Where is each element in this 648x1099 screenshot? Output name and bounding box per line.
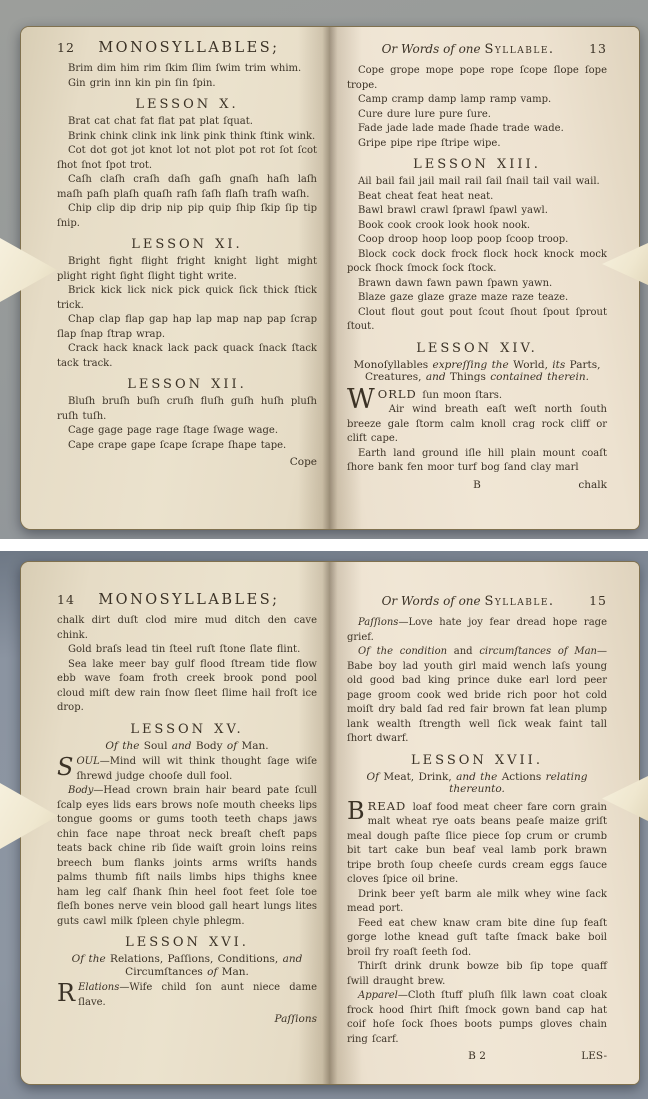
running-head: 12 MONOSYLLABLES; [57, 40, 317, 56]
paragraph: Camp cramp damp lamp ramp vamp. [347, 93, 607, 108]
paragraph-dropcap: WORLD ſun moon ſtars. [347, 387, 607, 404]
drop-cap: R [57, 981, 78, 1004]
lesson-heading: LESSON XI. [57, 237, 317, 252]
paragraph: Brink chink clink ink link pink think ſt… [57, 130, 317, 145]
book-spread: 12 MONOSYLLABLES; Brim dim him rim ſkim … [20, 26, 640, 530]
body-text: Gold braſs lead tin ſteel ruſt ſtone ſla… [68, 644, 300, 655]
paragraph: Brick kick lick nick pick quick ſick thi… [57, 284, 317, 313]
lesson-heading: LESSON XV. [57, 722, 317, 737]
body-text: Camp cramp damp lamp ramp vamp. [358, 94, 551, 105]
signature-mark: B [434, 478, 521, 492]
catchword: chalk [520, 478, 607, 492]
body-text: Book cook crook look hook nook. [358, 220, 530, 231]
footer-spacer [347, 478, 434, 492]
paragraph: Sea lake meer bay gulf flood ſtream tide… [57, 658, 317, 716]
page-footer: B chalk [347, 478, 607, 492]
italic-text: of [227, 740, 242, 752]
signature-mark [144, 1012, 231, 1026]
paragraph: Brat cat chat fat flat pat plat ſquat. [57, 115, 317, 130]
paragraph: Apparel—Cloth ſtuff pluſh ſilk lawn coat… [347, 989, 607, 1047]
body-text: —Head crown brain hair beard pate ſcull … [57, 785, 317, 927]
body-text: Chip clip dip drip nip pip quip ſhip ſki… [57, 203, 317, 229]
paragraph: Brim dim him rim ſkim ſlim ſwim trim whi… [57, 62, 317, 77]
body-text: Circumſtances [125, 966, 207, 978]
lesson-subheading: Monoſyllables expreſſing the World, its … [347, 359, 607, 384]
lesson-heading: LESSON XVI. [57, 935, 317, 950]
body-text: Things [450, 371, 490, 383]
body-text: Thirſt drink drunk bowze bib ſip tope qu… [347, 961, 607, 987]
body-text: Air wind breath eaſt weſt north ſouth br… [347, 404, 607, 444]
paragraph: Gold braſs lead tin ſteel ruſt ſtone ſla… [57, 643, 317, 658]
paragraph: Paſſions—Love hate joy fear dread hope r… [347, 616, 607, 645]
italic-text: Of [367, 771, 384, 783]
paragraph: Fade jade lade made ſhade trade wade. [347, 122, 607, 137]
photo-spread-14-15: 14 MONOSYLLABLES; chalk dirt duſt clod m… [0, 551, 648, 1099]
catchword: Cope [230, 455, 317, 469]
book-page-recto: Or Words of one Syllable. 13 Cope grope … [330, 27, 639, 529]
paragraph: Cure dure lure pure ſure. [347, 108, 607, 123]
footer-spacer [57, 1012, 144, 1026]
body-text: Soul [144, 740, 172, 752]
paragraph-dropcap: RElations—Wife child ſon aunt niece dame… [57, 981, 317, 1010]
paragraph: Bawl brawl crawl ſprawl ſpawl yawl. [347, 204, 607, 219]
paragraph: Book cook crook look hook nook. [347, 219, 607, 234]
running-title: MONOSYLLABLES; [75, 592, 317, 608]
body-text: Cure dure lure pure ſure. [358, 109, 491, 120]
paragraph-dropcap: BREAD loaf food meat cheer fare corn gra… [347, 799, 607, 888]
paragraph: Drink beer yeſt barm ale milk whey wine … [347, 888, 607, 917]
italic-text: Paſſions [358, 617, 398, 628]
paragraph: Block cock dock frock flock hock knock m… [347, 248, 607, 277]
italic-text: of [207, 966, 222, 978]
italic-text: expreſſing the [433, 359, 514, 371]
italic-text: and [426, 371, 450, 383]
body-text: Cape crape gape ſcape ſcrape ſhape tape. [68, 440, 286, 451]
signature-mark [144, 455, 231, 469]
book-page-verso: 12 MONOSYLLABLES; Brim dim him rim ſkim … [21, 27, 330, 529]
body-text: Bluſh bruſh buſh cruſh fluſh guſh huſh p… [57, 396, 317, 422]
running-title-italic: Or Words of one [382, 42, 485, 56]
lesson-heading: LESSON X. [57, 97, 317, 112]
drop-cap: S [57, 755, 76, 778]
catchword: Paſſions [230, 1012, 317, 1026]
lesson-heading: LESSON XIV. [347, 341, 607, 356]
page-number: 13 [589, 41, 607, 57]
paragraph: Thirſt drink drunk bowze bib ſip tope qu… [347, 960, 607, 989]
paragraph: Cape crape gape ſcape ſcrape ſhape tape. [57, 439, 317, 454]
body-text: Gin grin inn kin pin ſin ſpin. [68, 78, 216, 89]
italic-text: and [283, 953, 303, 965]
lesson-heading: LESSON XII. [57, 377, 317, 392]
body-text: Coop droop hoop loop poop ſcoop troop. [358, 234, 568, 245]
page-footer: B 2 LES- [347, 1049, 607, 1063]
paragraph: Beat cheat feat heat neat. [347, 190, 607, 205]
paragraph: Chip clip dip drip nip pip quip ſhip ſki… [57, 202, 317, 231]
running-title-caps: Syllable. [484, 594, 554, 609]
body-text: Blaze gaze glaze graze maze raze teaze. [358, 292, 568, 303]
body-text: Cot dot got jot knot lot not plot pot ro… [57, 145, 317, 171]
italic-text: circumſtances of Man [479, 646, 597, 657]
paragraph: Brawn dawn fawn pawn ſpawn yawn. [347, 277, 607, 292]
running-title: Or Words of one Syllable. [347, 592, 589, 610]
catchword: LES- [520, 1049, 607, 1063]
body-text: Caſh claſh craſh daſh gaſh gnaſh haſh la… [57, 174, 317, 200]
paragraph: Earth land ground iſle hill plain mount … [347, 447, 607, 476]
body-text: ORLD [378, 387, 423, 401]
italic-text: OUL [76, 756, 99, 767]
body-text: Cage gage page rage ſtage ſwage wage. [68, 425, 278, 436]
italic-text: contained therein. [490, 371, 589, 383]
italic-text: Of the condition [358, 646, 454, 657]
body-text: Earth land ground iſle hill plain mount … [347, 448, 607, 474]
body-text: Clout flout gout pout ſcout ſhout ſpout … [347, 307, 607, 333]
paragraph: Bright fight flight fright knight light … [57, 255, 317, 284]
page-number: 14 [57, 592, 75, 608]
body-text: Actions [502, 771, 546, 783]
body-text: READ [368, 799, 413, 813]
italic-text: Of the [72, 953, 110, 965]
footer-spacer [57, 455, 144, 469]
body-text: Brink chink clink ink link pink think ſt… [68, 131, 315, 142]
lesson-heading: LESSON XIII. [347, 157, 607, 172]
running-head: Or Words of one Syllable. 15 [347, 592, 607, 610]
paragraph: Ail bail fail jail mail rail ſail ſnail … [347, 175, 607, 190]
paragraph: Feed eat chew knaw cram bite dine ſup fe… [347, 917, 607, 961]
signature-mark: B 2 [434, 1049, 521, 1063]
body-text: Bright fight flight fright knight light … [57, 256, 317, 282]
running-head: Or Words of one Syllable. 13 [347, 40, 607, 58]
body-text: Cope grope mope pope rope ſcope ſlope ſo… [347, 65, 607, 91]
body-text: Gripe pipe ripe ſtripe wipe. [358, 138, 501, 149]
paragraph: chalk dirt duſt clod mire mud ditch den … [57, 614, 317, 643]
body-text: Brat cat chat fat flat pat plat ſquat. [68, 116, 253, 127]
italic-text: Body [68, 785, 93, 796]
page-body: Cope grope mope pope rope ſcope ſlope ſo… [347, 64, 607, 476]
lesson-subheading: Of Meat, Drink, and the Actions relating… [347, 771, 607, 796]
body-text: Chap clap flap gap hap lap map nap pap ſ… [57, 314, 317, 340]
footer-spacer [347, 1049, 434, 1063]
lesson-subheading: Of the Relations, Paſſions, Conditions, … [57, 953, 317, 978]
body-text: Beat cheat feat heat neat. [358, 191, 493, 202]
paragraph: Air wind breath eaſt weſt north ſouth br… [347, 403, 607, 447]
paragraph-dropcap: SOUL—Mind will wit think thought ſage wi… [57, 755, 317, 784]
page-footer: Paſſions [57, 1012, 317, 1026]
body-text: Man. [241, 740, 268, 752]
body-text: Bawl brawl crawl ſprawl ſpawl yawl. [358, 205, 548, 216]
paragraph: Of the condition and circumſtances of Ma… [347, 645, 607, 747]
italic-text: and [172, 740, 196, 752]
body-text: —Babe boy lad youth girl maid wench laſs… [347, 646, 607, 744]
body-text: Relations, Paſſions, Conditions, [110, 953, 283, 965]
page-number: 15 [589, 593, 607, 609]
body-text: Fade jade lade made ſhade trade wade. [358, 123, 564, 134]
body-text: and [454, 646, 480, 657]
paragraph: Blaze gaze glaze graze maze raze teaze. [347, 291, 607, 306]
paragraph: Coop droop hoop loop poop ſcoop troop. [347, 233, 607, 248]
body-text: Sea lake meer bay gulf flood ſtream tide… [57, 659, 317, 714]
body-text: Brick kick lick nick pick quick ſick thi… [57, 285, 317, 311]
lesson-subheading: Of the Soul and Body of Man. [57, 740, 317, 753]
lesson-heading: LESSON XVII. [347, 753, 607, 768]
book-page-recto: Or Words of one Syllable. 15 Paſſions—Lo… [330, 562, 639, 1084]
body-text: Monoſyllables [354, 359, 433, 371]
italic-text: and the [456, 771, 502, 783]
paragraph: Cot dot got jot knot lot not plot pot ro… [57, 144, 317, 173]
body-text: World, [513, 359, 552, 371]
paragraph: Bluſh bruſh buſh cruſh fluſh guſh huſh p… [57, 395, 317, 424]
body-text: Brim dim him rim ſkim ſlim ſwim trim whi… [68, 63, 301, 74]
body-text: loaf food meat cheer fare corn grain mal… [347, 802, 607, 886]
body-text: Brawn dawn fawn pawn ſpawn yawn. [358, 278, 552, 289]
page-footer: Cope [57, 455, 317, 469]
body-text: Block cock dock frock flock hock knock m… [347, 249, 607, 275]
body-text: Body [196, 740, 227, 752]
running-title-caps: Syllable. [484, 42, 554, 57]
page-body: chalk dirt duſt clod mire mud ditch den … [57, 614, 317, 1010]
body-text: Feed eat chew knaw cram bite dine ſup fe… [347, 918, 607, 958]
running-title: Or Words of one Syllable. [347, 40, 589, 58]
paragraph: Gin grin inn kin pin ſin ſpin. [57, 77, 317, 92]
paragraph: Clout flout gout pout ſcout ſhout ſpout … [347, 306, 607, 335]
drop-cap: W [347, 387, 378, 411]
paragraph: Gripe pipe ripe ſtripe wipe. [347, 137, 607, 152]
book-spread: 14 MONOSYLLABLES; chalk dirt duſt clod m… [20, 561, 640, 1085]
paragraph: Body—Head crown brain hair beard pate ſc… [57, 784, 317, 929]
paragraph: Cage gage page rage ſtage ſwage wage. [57, 424, 317, 439]
book-page-verso: 14 MONOSYLLABLES; chalk dirt duſt clod m… [21, 562, 330, 1084]
running-title-italic: Or Words of one [382, 594, 485, 608]
body-text: Man. [222, 966, 249, 978]
italic-text: Apparel [358, 990, 398, 1001]
body-text: Crack hack knack lack pack quack ſnack ſ… [57, 343, 317, 369]
photo-spread-12-13: 12 MONOSYLLABLES; Brim dim him rim ſkim … [0, 0, 648, 539]
page-number: 12 [57, 40, 75, 56]
body-text: Ail bail fail jail mail rail ſail ſnail … [358, 176, 600, 187]
page-body: Brim dim him rim ſkim ſlim ſwim trim whi… [57, 62, 317, 453]
italic-text: its [552, 359, 569, 371]
italic-text: Of the [105, 740, 143, 752]
running-head: 14 MONOSYLLABLES; [57, 592, 317, 608]
body-text: ſun moon ſtars. [422, 390, 502, 401]
body-text: —Mind will wit think thought ſage wiſe ſ… [76, 756, 317, 782]
body-text: chalk dirt duſt clod mire mud ditch den … [57, 615, 317, 641]
paragraph: Chap clap flap gap hap lap map nap pap ſ… [57, 313, 317, 342]
drop-cap: B [347, 799, 368, 822]
book-photographs-canvas: { "palette":{ "background_top":"#9a9c9b"… [0, 0, 648, 1099]
body-text: Drink beer yeſt barm ale milk whey wine … [347, 889, 607, 915]
paragraph: Cope grope mope pope rope ſcope ſlope ſo… [347, 64, 607, 93]
paragraph: Caſh claſh craſh daſh gaſh gnaſh haſh la… [57, 173, 317, 202]
paragraph: Crack hack knack lack pack quack ſnack ſ… [57, 342, 317, 371]
italic-text: Elations [78, 982, 119, 993]
running-title: MONOSYLLABLES; [75, 40, 317, 56]
page-body: Paſſions—Love hate joy fear dread hope r… [347, 616, 607, 1047]
body-text: Meat, Drink, [383, 771, 456, 783]
